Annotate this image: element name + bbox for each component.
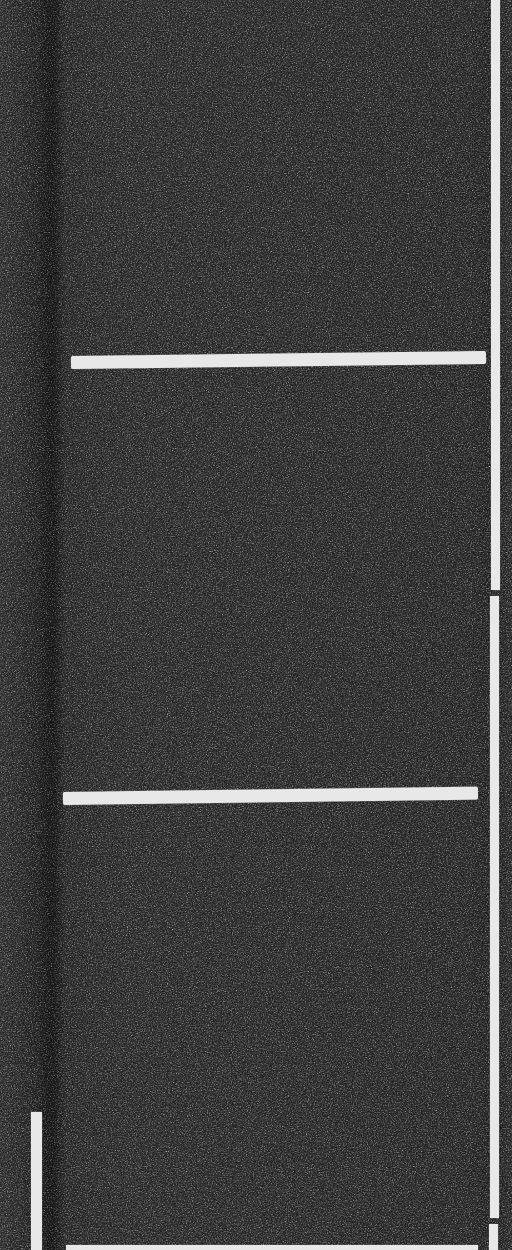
horizontal-stop-bar (66, 1245, 478, 1250)
horizontal-stop-bar (71, 351, 486, 369)
asphalt-grain-dark (0, 0, 512, 1250)
right-edge-line-segment (491, 0, 500, 590)
asphalt-road-scene (0, 0, 512, 1250)
left-vertical-stub-marking (31, 1112, 42, 1250)
curb-shadow-band (38, 0, 64, 1250)
asphalt-grain-light (0, 0, 512, 1250)
horizontal-stop-bar (63, 787, 478, 805)
right-edge-line-segment (489, 1224, 498, 1250)
right-edge-line-segment (490, 596, 499, 1218)
